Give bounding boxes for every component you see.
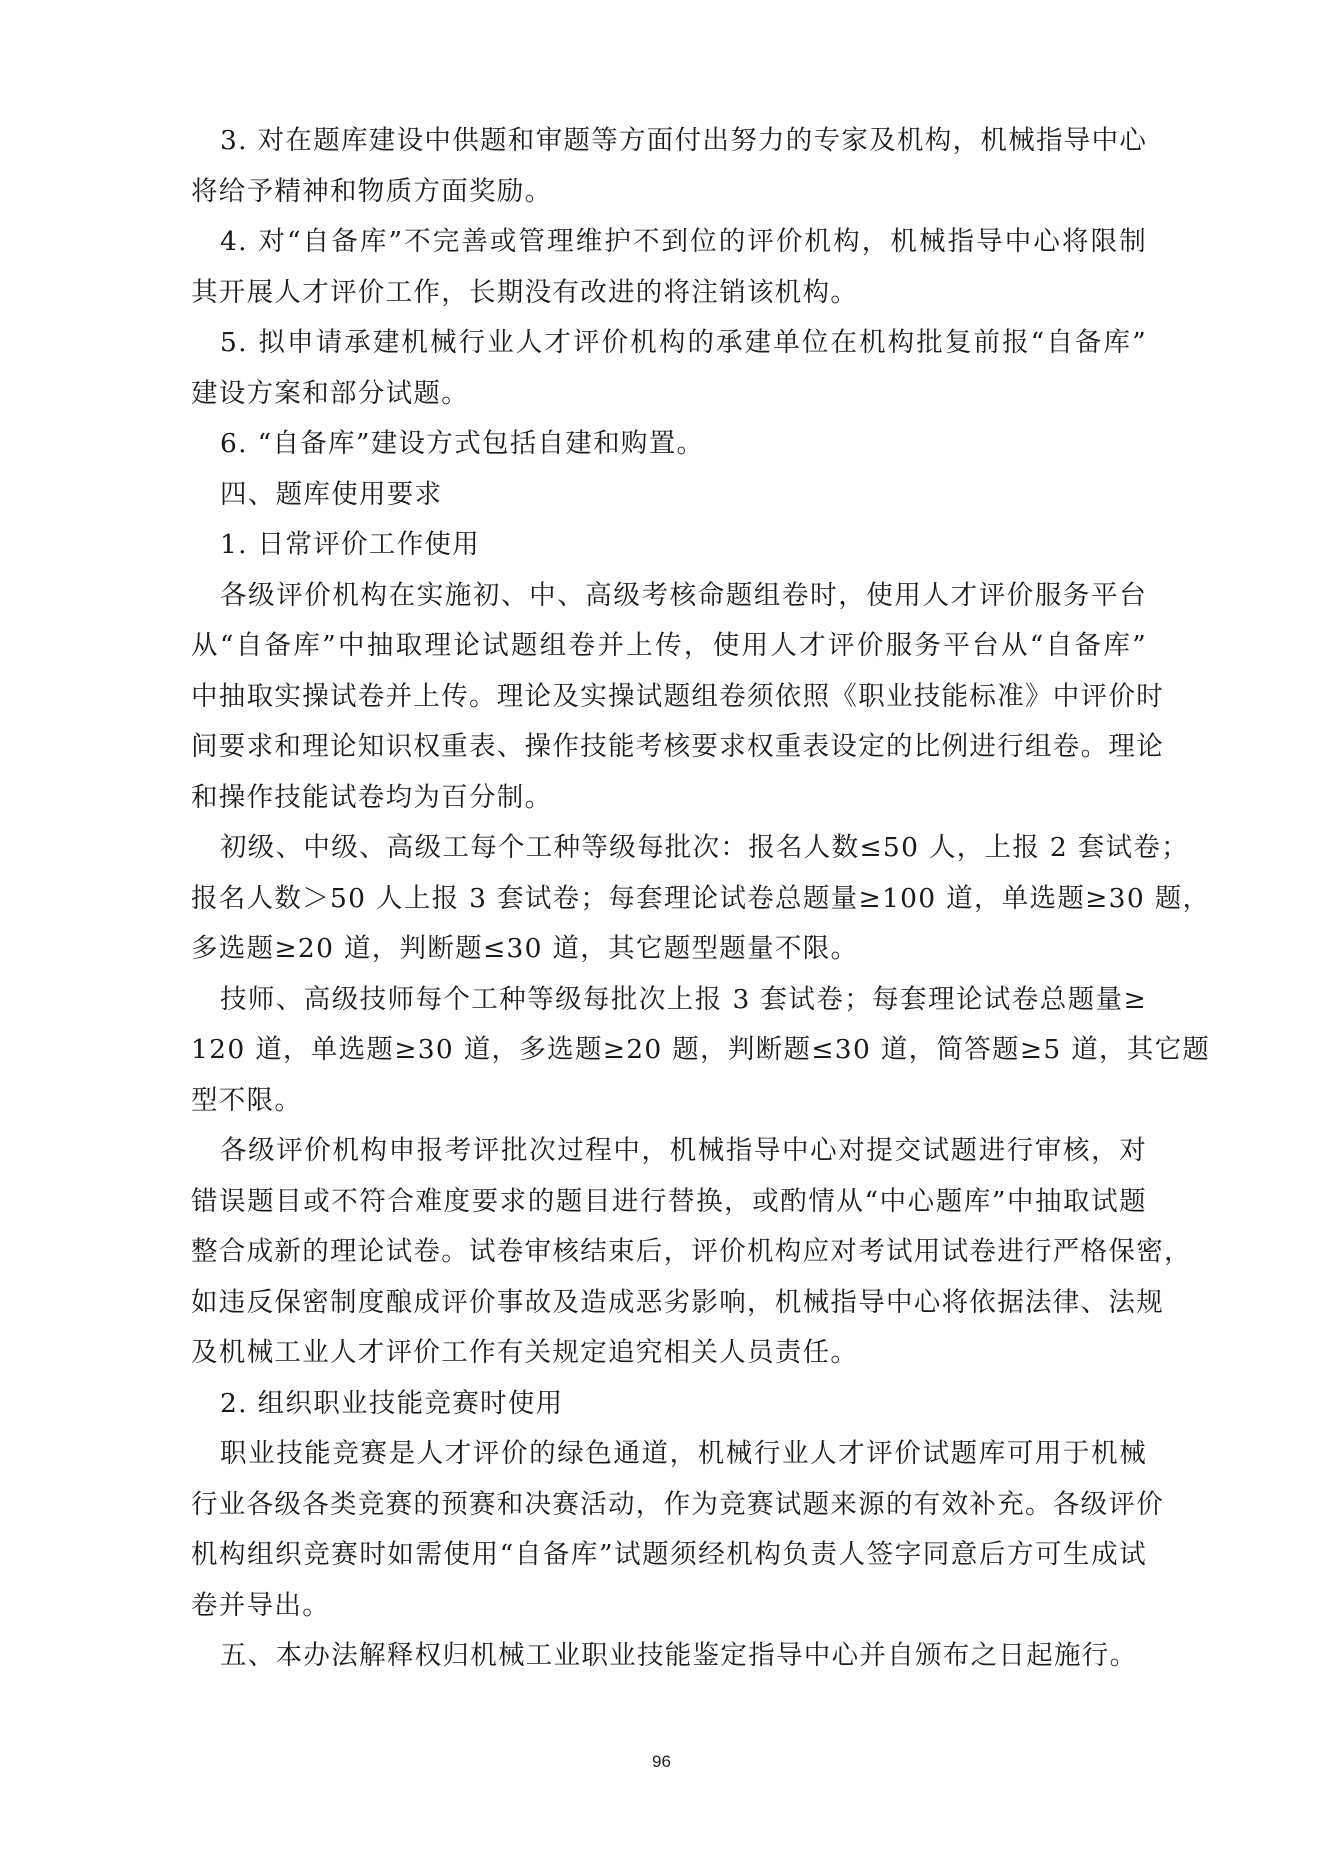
paragraph-line: 多选题≥20 道，判断题≤30 道，其它题型题量不限。 — [191, 934, 858, 984]
paragraph-line: 卷并导出。 — [191, 1591, 330, 1641]
paragraph-line: 各级评价机构在实施初、中、高级考核命题组卷时，使用人才评价服务平台 — [191, 581, 1147, 631]
paragraph-line: 职业技能竞赛是人才评价的绿色通道，机械行业人才评价试题库可用于机械 — [191, 1439, 1147, 1489]
paragraph-line: 和操作技能试卷均为百分制。 — [191, 783, 552, 833]
paragraph-line: 及机械工业人才评价工作有关规定追究相关人员责任。 — [191, 1338, 858, 1388]
section-heading: 五、本办法解释权归机械工业职业技能鉴定指导中心并自颁布之日起施行。 — [191, 1641, 1137, 1691]
paragraph-line: 4. 对“自备库”不完善或管理维护不到位的评价机构，机械指导中心将限制 — [191, 227, 1147, 277]
paragraph-line: 建设方案和部分试题。 — [191, 379, 469, 429]
paragraph-line: 3. 对在题库建设中供题和审题等方面付出努力的专家及机构，机械指导中心 — [191, 126, 1147, 176]
paragraph-line: 行业各级各类竞赛的预赛和决赛活动，作为竞赛试题来源的有效补充。各级评价 — [191, 1490, 1147, 1540]
paragraph-line: 如违反保密制度酿成评价事故及造成恶劣影响，机械指导中心将依据法律、法规 — [191, 1288, 1147, 1338]
page-number: 96 — [0, 1752, 1323, 1772]
paragraph-line: 机构组织竞赛时如需使用“自备库”试题须经机构负责人签字同意后方可生成试 — [191, 1540, 1147, 1590]
paragraph-line: 错误题目或不符合难度要求的题目进行替换，或酌情从“中心题库”中抽取试题 — [191, 1187, 1147, 1237]
paragraph-line: 整合成新的理论试卷。试卷审核结束后，评价机构应对考试用试卷进行严格保密， — [191, 1237, 1147, 1287]
paragraph-line: 其开展人才评价工作，长期没有改进的将注销该机构。 — [191, 278, 858, 328]
paragraph-line: 报名人数＞50 人上报 3 套试卷；每套理论试卷总题量≥100 道，单选题≥30… — [191, 884, 1147, 934]
section-heading: 四、题库使用要求 — [191, 480, 442, 530]
paragraph-line: 从“自备库”中抽取理论试题组卷并上传，使用人才评价服务平台从“自备库” — [191, 631, 1147, 681]
paragraph-line: 6. “自备库”建设方式包括自建和购置。 — [191, 429, 704, 479]
paragraph-line: 型不限。 — [191, 1086, 302, 1136]
paragraph-line: 初级、中级、高级工每个工种等级每批次：报名人数≤50 人，上报 2 套试卷； — [191, 833, 1147, 883]
paragraph-line: 中抽取实操试卷并上传。理论及实操试题组卷须依照《职业技能标准》中评价时 — [191, 682, 1147, 732]
paragraph-line: 技师、高级技师每个工种等级每批次上报 3 套试卷；每套理论试卷总题量≥ — [191, 985, 1147, 1035]
paragraph-line: 将给予精神和物质方面奖励。 — [191, 177, 552, 227]
paragraph-line: 120 道，单选题≥30 道，多选题≥20 题，判断题≤30 道，简答题≥5 道… — [191, 1035, 1147, 1085]
paragraph-line: 各级评价机构申报考评批次过程中，机械指导中心对提交试题进行审核，对 — [191, 1136, 1147, 1186]
paragraph-line: 间要求和理论知识权重表、操作技能考核要求权重表设定的比例进行组卷。理论 — [191, 732, 1147, 782]
subsection-heading: 2. 组织职业技能竞赛时使用 — [191, 1389, 563, 1439]
paragraph-line: 5. 拟申请承建机械行业人才评价机构的承建单位在机构批复前报“自备库” — [191, 328, 1147, 378]
subsection-heading: 1. 日常评价工作使用 — [191, 530, 480, 580]
